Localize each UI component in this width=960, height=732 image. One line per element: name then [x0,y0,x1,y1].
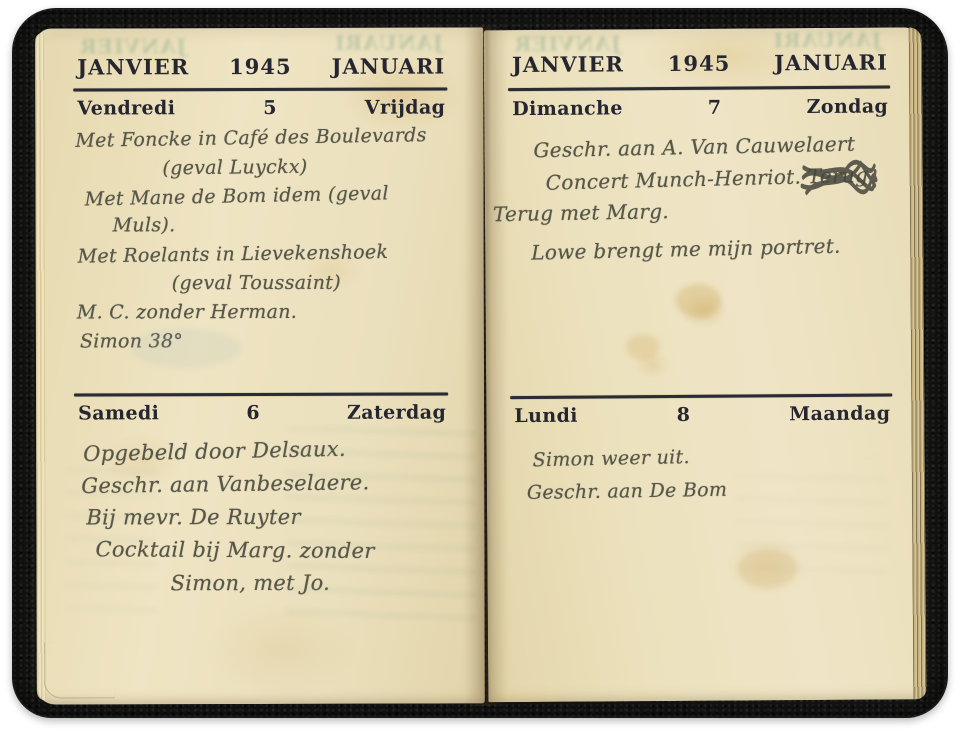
section-divider-rule [74,393,448,397]
diary-entry-line: Simon 38° [80,327,427,357]
stain [737,548,797,588]
month-label-french: JANVIER [77,54,189,79]
diary-entry-line: Bij mevr. De Ruyter [86,501,374,535]
month-label-dutch: JANUARI [332,54,446,79]
diary-entry-line: Geschr. aan Vanbeselaere. [81,466,375,503]
diary-entry-line: Geschr. aan De Bom [527,474,728,510]
day-name-dutch: Zondag [806,95,888,118]
diary-entries-friday: Met Foncke in Café des Boulevards (geval… [75,124,427,357]
stain [626,334,660,360]
month-header-row: JANVIER 1945 JANUARI [512,49,888,77]
diary-entry-line: Cocktail bij Marg. zonder [95,533,374,568]
day-name-french: Dimanche [512,97,623,120]
diary-entry-line: M. C. zonder Herman. [77,298,427,328]
diary-page-left: JANVIER JANUARI JANVIER 1945 JANUARI Ven… [35,27,485,704]
diary-page-right: JANVIER JANUARI JANVIER 1945 JANUARI Dim… [484,27,927,702]
diary-entry-line: Met Roelants in Lievekenshoek [78,237,428,271]
page-edge-stack-right [909,27,927,699]
diary-entries-monday: Simon weer uit. Geschr. aan De Bom [527,442,728,509]
show-through-month-text: JANUARI [773,28,882,53]
diary-entries-saturday: Opgebeld door Delsaux. Geschr. aan Vanbe… [76,435,375,601]
day-header-row: Vendredi 5 Vrijdag [77,97,445,120]
diary-entry-line: (geval Toussaint) [172,269,427,299]
day-header-row: Dimanche 7 Zondag [512,95,888,120]
month-header-row: JANVIER 1945 JANUARI [77,54,445,80]
show-through-smudge [737,458,888,589]
day-number: 6 [159,402,347,424]
month-label-french: JANVIER [512,51,624,77]
diary-entry-line: Terug met Marg. [493,192,869,231]
diary-book-cover: JANVIER JANUARI JANVIER 1945 JANUARI Ven… [12,8,948,718]
day-number: 7 [623,96,807,119]
diary-entry-line: Simon, met Jo. [171,567,375,601]
day-name-french: Samedi [78,402,159,424]
diary-entry-line: Opgebeld door Delsaux. [83,432,375,471]
page-corner-groove [44,642,115,698]
crossed-out-word: Terug [807,159,868,192]
day-number: 5 [175,97,365,119]
day-name-dutch: Maandag [789,402,890,425]
month-label-dutch: JANUARI [774,49,888,75]
section-divider-rule [510,393,892,399]
day-number: 8 [578,403,789,426]
page-edge-stack-left [35,33,46,701]
diary-entries-sunday: Geschr. aan A. Van Cauwelaert Concert Mu… [524,130,868,266]
header-rule [73,88,447,92]
stain [675,284,721,318]
day-name-dutch: Zaterdag [347,402,446,424]
day-name-french: Lundi [514,405,578,427]
show-through-month-text: JANUARI [335,31,444,55]
header-rule [508,85,890,91]
diary-entry-line: Muls). [113,211,427,241]
day-name-dutch: Vrijdag [365,97,446,119]
year-label: 1945 [624,50,774,76]
day-header-row: Lundi 8 Maandag [514,402,890,427]
year-label: 1945 [189,54,331,79]
diary-entry-line: Met Mane de Bom idem (geval [84,179,427,215]
day-name-french: Vendredi [77,97,175,119]
diary-entry-line: Lowe brengt me mijn portret. [531,229,869,269]
day-header-row: Samedi 6 Zaterdag [78,402,446,425]
diary-entry-text: Concert Munch-Henriot. [545,164,801,194]
photo-background: JANVIER JANUARI JANVIER 1945 JANUARI Ven… [0,0,960,732]
diary-entry-line: Simon weer uit. [532,440,727,477]
diary-entry-line: Met Foncke in Café des Boulevards [75,121,427,156]
